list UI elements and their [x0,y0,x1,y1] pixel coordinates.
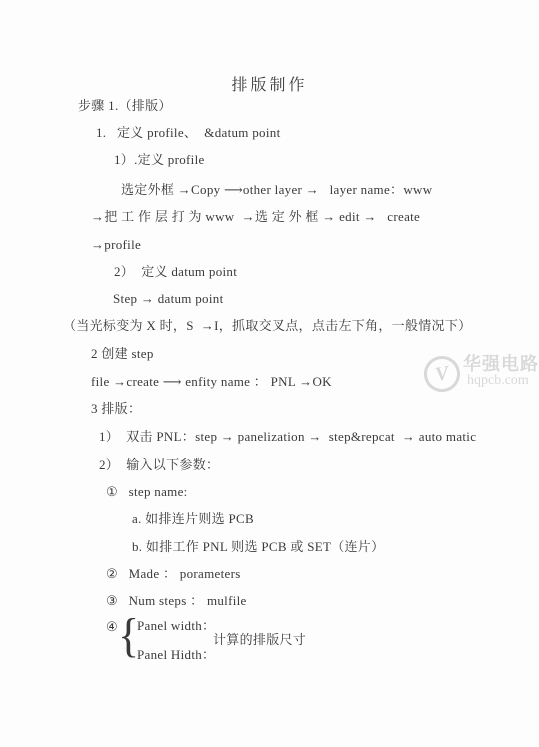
doc-line-option-a: a. 如排连片则选 PCB [132,511,254,527]
panel-hidth-label: Panel Hidth： [137,647,215,663]
doc-line-input-params: 2） 输入以下参数： [99,457,219,473]
doc-line-define-profile: 1）.定义 profile [114,152,205,168]
curly-brace: { [118,608,139,664]
doc-line-flow-copy: 选定外框 →Copy ⟶other layer → layer name：www [121,182,432,198]
document-page: 排版制作 步骤 1.（排版） 1. 定义 profile、 &datum poi… [0,0,539,747]
doc-line-step-datum: Step → datum point [113,291,223,307]
panel-width-label: Panel width： [137,618,215,634]
watermark: V 华强电路 hqpcb.com [420,348,539,406]
doc-line-paiban: 3 排版： [91,401,141,417]
panel-item-number: ④ [106,619,118,635]
doc-line-define: 1. 定义 profile、 &datum point [96,125,280,141]
watermark-domain: hqpcb.com [467,373,529,389]
page-title: 排版制作 [0,72,539,95]
hqpcb-logo-icon: V [421,353,463,395]
doc-line-dblclick-pnl: 1） 双击 PNL：step → panelization → step&rep… [99,429,476,445]
doc-line-file-create: file →create ⟶ enfity name ： PNL →OK [91,374,332,390]
panel-size-note: 计算的排版尺寸 [213,632,306,648]
doc-line-step-name: ① step name: [106,484,188,500]
doc-line-option-b: b. 如排工作 PNL 则选 PCB 或 SET（连片） [132,539,384,555]
doc-line-flow-layer: →把 工 作 层 打 为 www →选 定 外 框 → edit → creat… [91,209,420,225]
doc-line-flow-profile: →profile [91,237,141,253]
doc-line-cursor-note: （当光标变为 X 时，S →I，抓取交叉点，点击左下角，一般情况下） [63,318,471,334]
doc-line-made: ② Made ： porameters [106,566,241,582]
doc-line-create-step: 2 创建 step [91,346,154,362]
doc-line-num-steps: ③ Num steps ： mulfile [106,593,247,609]
doc-line-define-datum: 2） 定义 datum point [114,264,237,280]
doc-line-step1: 步骤 1.（排版） [78,98,172,114]
